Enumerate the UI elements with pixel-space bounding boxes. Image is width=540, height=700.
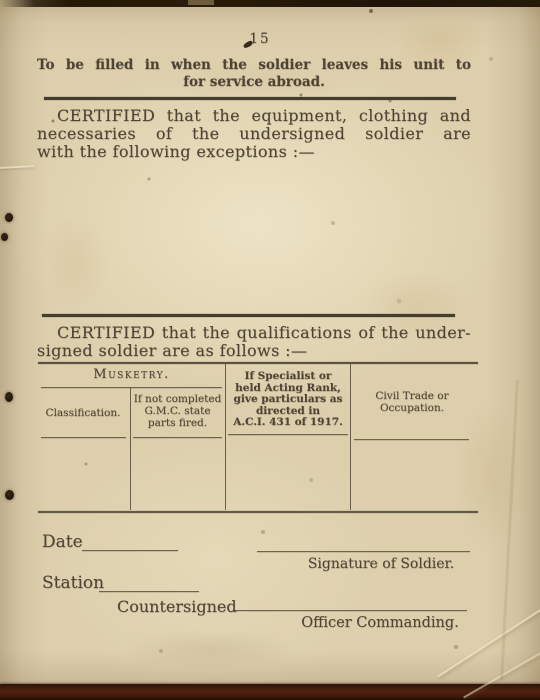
musketry-underline — [41, 387, 222, 388]
book-cover-top-edge — [0, 0, 540, 7]
binding-hole — [5, 213, 13, 222]
soldier-signature-caption: Signature of Soldier. — [286, 556, 476, 572]
col-header-gmc: If not completed G.M.C. state parts fire… — [131, 393, 224, 429]
equipment-cert-line-2: necessaries of the undersigned soldier a… — [37, 124, 471, 143]
binding-hole — [5, 490, 14, 500]
book-cover-bottom-edge — [0, 684, 540, 700]
col-header-line: G.M.C. state — [131, 405, 224, 417]
col-header-classification: Classification. — [38, 407, 128, 419]
divider-rule — [44, 97, 456, 100]
countersigned-label: Countersigned — [117, 597, 237, 616]
left-edge-crease — [0, 165, 34, 169]
qualifications-cert-line-1: CERTIFIED that the qualifications of the… — [37, 323, 471, 342]
table-body-empty-cells — [38, 438, 474, 510]
col-header-line: A.C.I. 431 of 1917. — [227, 417, 349, 429]
table-bottom-border — [38, 511, 478, 513]
musketry-group-header: Musketry. — [38, 369, 225, 381]
col-header-line: Occupation. — [351, 402, 473, 414]
col-header-underline — [228, 434, 348, 435]
countersigned-fill-line — [233, 610, 467, 611]
col-header-line: If Specialist or — [227, 371, 349, 383]
officer-signature-caption: Officer Commanding. — [290, 615, 470, 631]
paper-stain — [40, 215, 110, 310]
qualifications-table: Musketry. Classification. If not complet… — [38, 362, 478, 513]
binding-hole — [1, 233, 8, 241]
book-cover-top-notch — [188, 0, 214, 5]
station-label: Station — [42, 573, 104, 593]
col-header-line: Classification. — [38, 407, 128, 419]
col-header-line: If not completed — [131, 393, 224, 405]
date-fill-line — [82, 550, 178, 551]
booklet-page-scan: 15 To be filled in when the soldier leav… — [0, 0, 540, 700]
page-curl-crease — [437, 589, 540, 678]
binding-hole — [5, 392, 13, 402]
station-fill-line — [99, 591, 199, 592]
col-header-line: parts fired. — [131, 417, 224, 429]
col-header-specialist: If Specialist or held Acting Rank, give … — [227, 371, 349, 429]
instruction-line-1: To be filled in when the soldier leaves … — [37, 57, 471, 74]
paper-specks — [0, 0, 2, 2]
soldier-signature-line — [257, 551, 470, 552]
page-number: 15 — [180, 31, 340, 47]
instruction-line-2: for service abroad. — [37, 74, 471, 91]
equipment-cert-line-1: CERTIFIED that the equipment, clothing a… — [37, 106, 471, 125]
date-label: Date — [42, 532, 83, 552]
equipment-cert-line-3: with the following exceptions :— — [37, 142, 471, 161]
table-top-border — [38, 362, 478, 364]
divider-rule — [42, 314, 455, 317]
col-header-civil-trade: Civil Trade or Occupation. — [351, 390, 473, 414]
qualifications-cert-line-2: signed soldier are as follows :— — [37, 341, 471, 360]
col-header-line: Civil Trade or — [351, 390, 473, 402]
paper-stain — [120, 630, 300, 670]
col-header-line: give particulars as — [227, 394, 349, 406]
